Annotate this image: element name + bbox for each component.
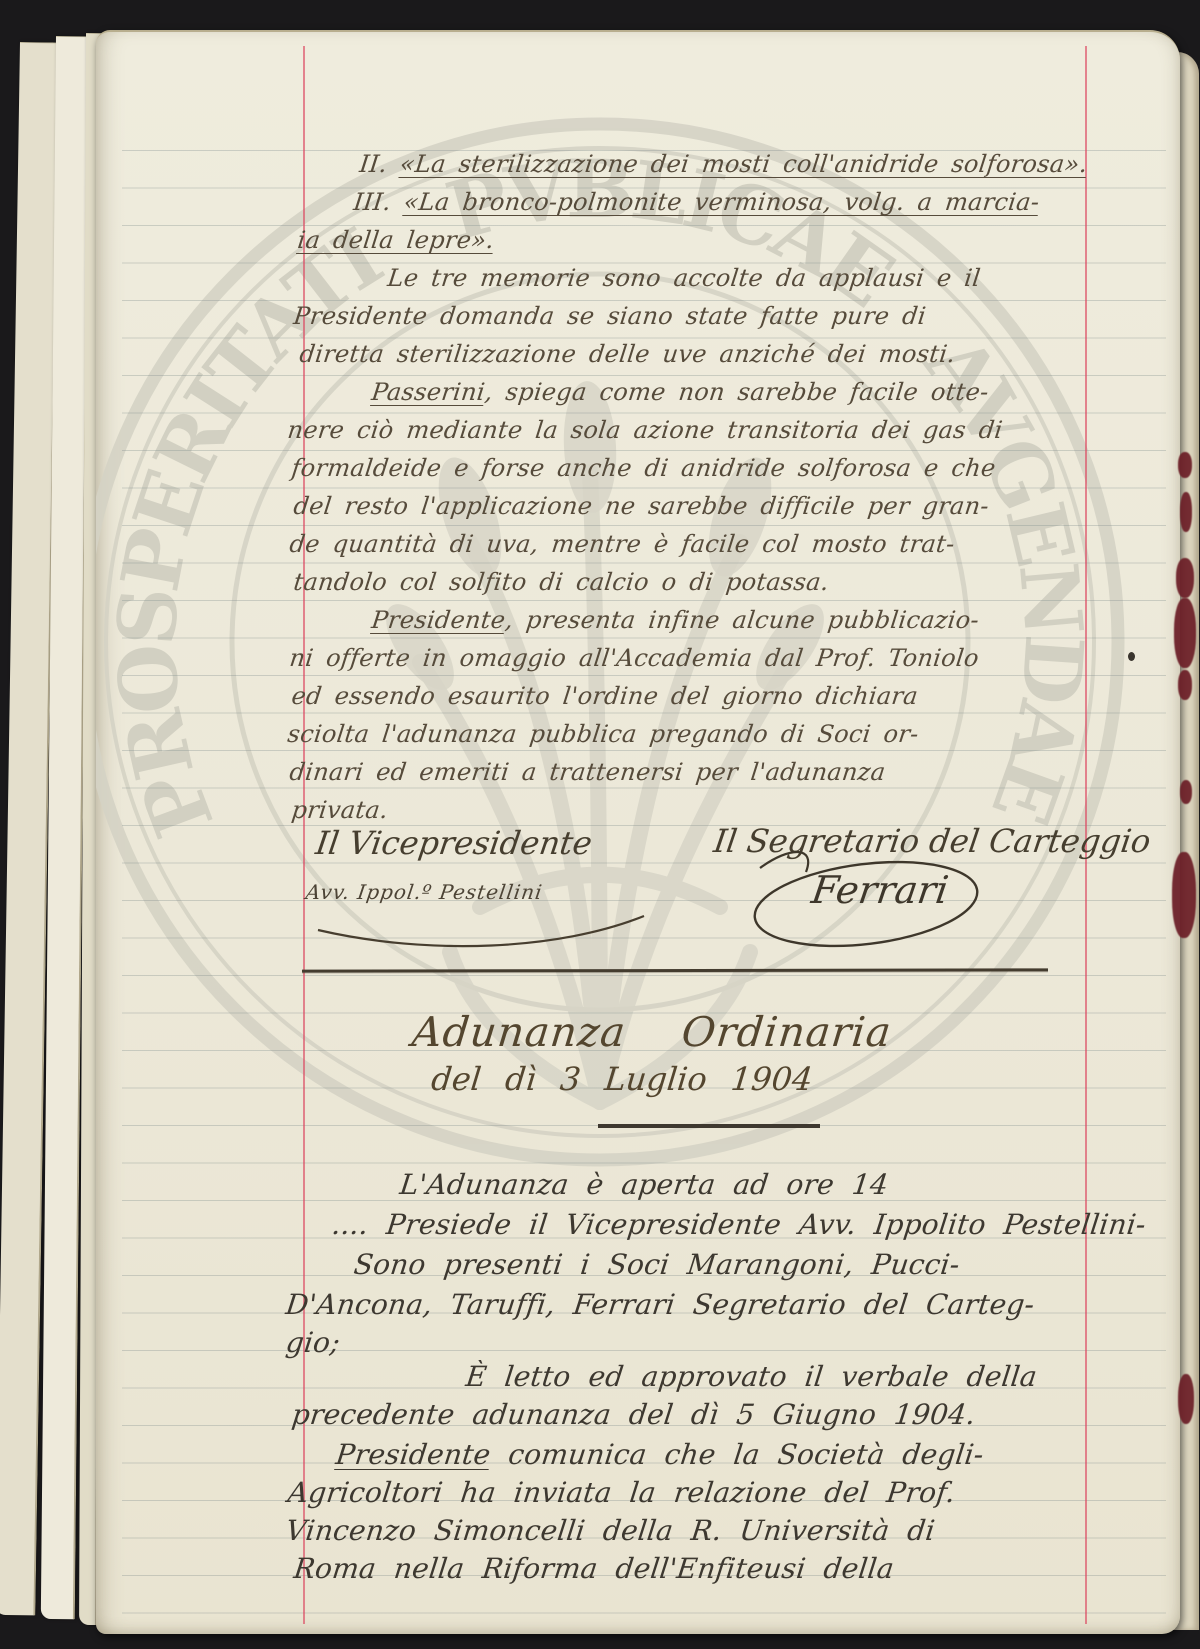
manuscript-line: Presidente comunica che la Società degli…: [334, 1438, 986, 1471]
session-heading-date: del dì 3 Luglio 1904: [300, 1060, 944, 1098]
manuscript-line: Vincenzo Simoncelli della R. Università …: [284, 1514, 937, 1547]
manuscript-line: dinari ed emeriti a trattenersi per l'ad…: [288, 758, 887, 786]
manuscript-line: precedente adunanza del dì 5 Giugno 1904…: [290, 1398, 977, 1431]
manuscript-line: ed essendo esaurito l'ordine del giorno …: [290, 682, 920, 710]
manuscript-line: gio;: [284, 1326, 342, 1359]
manuscript-line: II. «La sterilizzazione dei mosti coll'a…: [358, 150, 1089, 178]
manuscript-line: del resto l'applicazione ne sarebbe diff…: [292, 492, 991, 520]
manuscript-line: Agricoltori ha inviata la relazione del …: [286, 1476, 957, 1509]
vicepresident-signature-name: Avv. Ippol.º Pestellini: [304, 880, 544, 904]
secretary-signature-role: Il Segretario del Carteggio: [711, 822, 1153, 860]
section-divider-rule: [302, 968, 1048, 972]
manuscript-line: Passerini, spiega come non sarebbe facil…: [370, 378, 990, 406]
manuscript-line: sciolta l'adunanza pubblica pregando di …: [286, 720, 920, 748]
manuscript-line: nere ciò mediante la sola azione transit…: [286, 416, 1004, 444]
manuscript-line: ni offerte in omaggio all'Accademia dal …: [288, 644, 981, 672]
heading-underline-rule: [598, 1124, 820, 1128]
manuscript-line: L'Adunanza è aperta ad ore 14: [398, 1168, 890, 1201]
manuscript-line: Le tre memorie sono accolte da applausi …: [386, 264, 982, 292]
manuscript-line: Presidente domanda se siano state fatte …: [292, 302, 928, 330]
manuscript-line: formaldeide e forse anche di anidride so…: [290, 454, 997, 482]
scanned-manuscript-photo: PROSPERITATI PVBLICAE AVGENDAE II. «La s…: [0, 0, 1200, 1649]
session-heading-title: Adunanza Ordinaria: [299, 1008, 1004, 1056]
manuscript-line: tandolo col solfito di calcio o di potas…: [292, 568, 831, 596]
manuscript-line: privata.: [290, 796, 390, 824]
manuscript-line: D'Ancona, Taruffi, Ferrari Segretario de…: [284, 1288, 1036, 1321]
manuscript-ink-layer: II. «La sterilizzazione dei mosti coll'a…: [0, 0, 1200, 1649]
manuscript-line: Roma nella Riforma dell'Enfiteusi della: [292, 1552, 896, 1585]
manuscript-line: È letto ed approvato il verbale della: [464, 1360, 1039, 1393]
manuscript-line: Sono presenti i Soci Marangoni, Pucci-: [352, 1248, 962, 1281]
manuscript-line: Presidente, presenta infine alcune pubbl…: [370, 606, 981, 634]
manuscript-line: de quantità di uva, mentre è facile col …: [288, 530, 956, 558]
vicepresident-signature-role: Il Vicepresidente: [313, 824, 594, 862]
manuscript-line: diretta sterilizzazione delle uve anzich…: [298, 340, 957, 368]
manuscript-line: .... Presiede il Vicepresidente Avv. Ipp…: [330, 1208, 1148, 1241]
manuscript-line: III. «La bronco-polmonite verminosa, vol…: [352, 188, 1041, 216]
manuscript-line: ia della lepre».: [296, 226, 496, 254]
secretary-signature-name: Ferrari: [809, 868, 951, 912]
